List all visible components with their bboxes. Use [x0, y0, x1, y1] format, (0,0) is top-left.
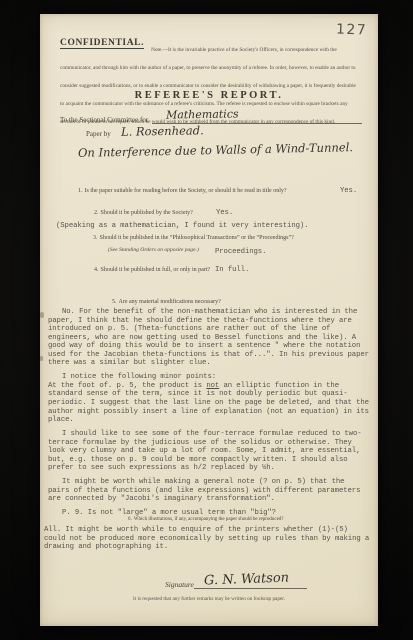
- question-1-text: Is the paper suitable for reading before…: [85, 188, 287, 194]
- question-2-text: Should it be published by the Society?: [101, 210, 193, 216]
- question-4: 4.Should it be published in full, or onl…: [94, 267, 210, 273]
- question-1: 1.Is the paper suitable for reading befo…: [78, 188, 287, 194]
- answer-3: Proceedings.: [215, 248, 266, 257]
- underlined-word: not: [206, 382, 219, 390]
- answer-4: In full.: [215, 266, 249, 275]
- handwritten-paper-title: On Interference due to Walls of a Wind-T…: [78, 140, 353, 160]
- question-4-text: Should it be published in full, or only …: [101, 267, 211, 273]
- handwritten-author: L. Rosenhead.: [121, 123, 204, 138]
- question-5: 5.Are any material modifications necessa…: [112, 299, 221, 305]
- paper-by-line: Paper by L. Rosenhead.: [86, 124, 203, 138]
- committee-label: To the Sectional Committee for: [60, 116, 148, 124]
- paper-title-line: On Interference due to Walls of a Wind-T…: [78, 143, 353, 157]
- question-3-text: Should it be published in the “Philosoph…: [100, 235, 294, 241]
- committee-fill-line: Mathematics: [152, 105, 362, 124]
- paper-by-label: Paper by: [86, 130, 111, 138]
- report-paragraph-2: At the foot of. p. 5, the product is not…: [48, 382, 370, 425]
- committee-line: To the Sectional Committee for Mathemati…: [60, 105, 362, 124]
- edge-smudge: [40, 312, 44, 318]
- answer-6: All. It might be worth while to enquire …: [44, 526, 370, 552]
- signature-line: Signature G. N. Watson: [165, 570, 307, 589]
- handwritten-page-number: 127: [336, 21, 368, 38]
- page-title: REFEREE'S REPORT.: [40, 90, 378, 101]
- signature-fill-line: G. N. Watson: [194, 570, 307, 589]
- scanned-report-sheet: 127 CONFIDENTIAL. Note.—It is the invari…: [40, 14, 378, 626]
- question-2: 2.Should it be published by the Society?: [94, 210, 193, 216]
- handwritten-signature: G. N. Watson: [204, 571, 290, 589]
- answer-6-text: All. It might be worth while to enquire …: [44, 526, 370, 552]
- question-3-subnote: (See Standing Orders on opposite page.): [108, 247, 199, 253]
- question-6: 6.Which illustrations, if any, accompany…: [128, 517, 284, 522]
- report-paragraph-1: No. For the benefit of the non-mathemati…: [48, 308, 370, 368]
- question-1-number: 1.: [78, 188, 83, 194]
- question-5-number: 5.: [112, 299, 117, 305]
- report-paragraph-3: I should like to see some of the four-te…: [48, 430, 370, 473]
- question-3-number: 3.: [93, 235, 98, 241]
- foolscap-note: It is requested that any further remarks…: [40, 596, 378, 602]
- typed-report-body: No. For the benefit of the non-mathemati…: [48, 308, 370, 524]
- signature-label: Signature: [165, 580, 194, 589]
- question-4-number: 4.: [94, 267, 99, 273]
- report-paragraph-2-intro: I notice the following minor points:: [48, 373, 370, 382]
- handwritten-committee: Mathematics: [166, 107, 239, 121]
- question-3: 3.Should it be published in the “Philoso…: [93, 235, 294, 241]
- confidential-label: CONFIDENTIAL.: [60, 38, 144, 49]
- answer-1: Yes.: [340, 187, 357, 196]
- report-paragraph-2-pre: At the foot of. p. 5, the product is: [48, 382, 206, 390]
- question-2-number: 2.: [94, 210, 99, 216]
- typed-remark: (Speaking as a mathematician, I found it…: [56, 222, 308, 231]
- question-5-text: Are any material modifications necessary…: [119, 299, 221, 305]
- report-paragraph-4: It might be worth while making a general…: [48, 478, 370, 504]
- question-6-number: 6.: [128, 517, 132, 522]
- edge-smudge: [40, 356, 43, 361]
- answer-2: Yes.: [216, 209, 233, 218]
- question-6-text: Which illustrations, if any, accompanyin…: [134, 517, 284, 522]
